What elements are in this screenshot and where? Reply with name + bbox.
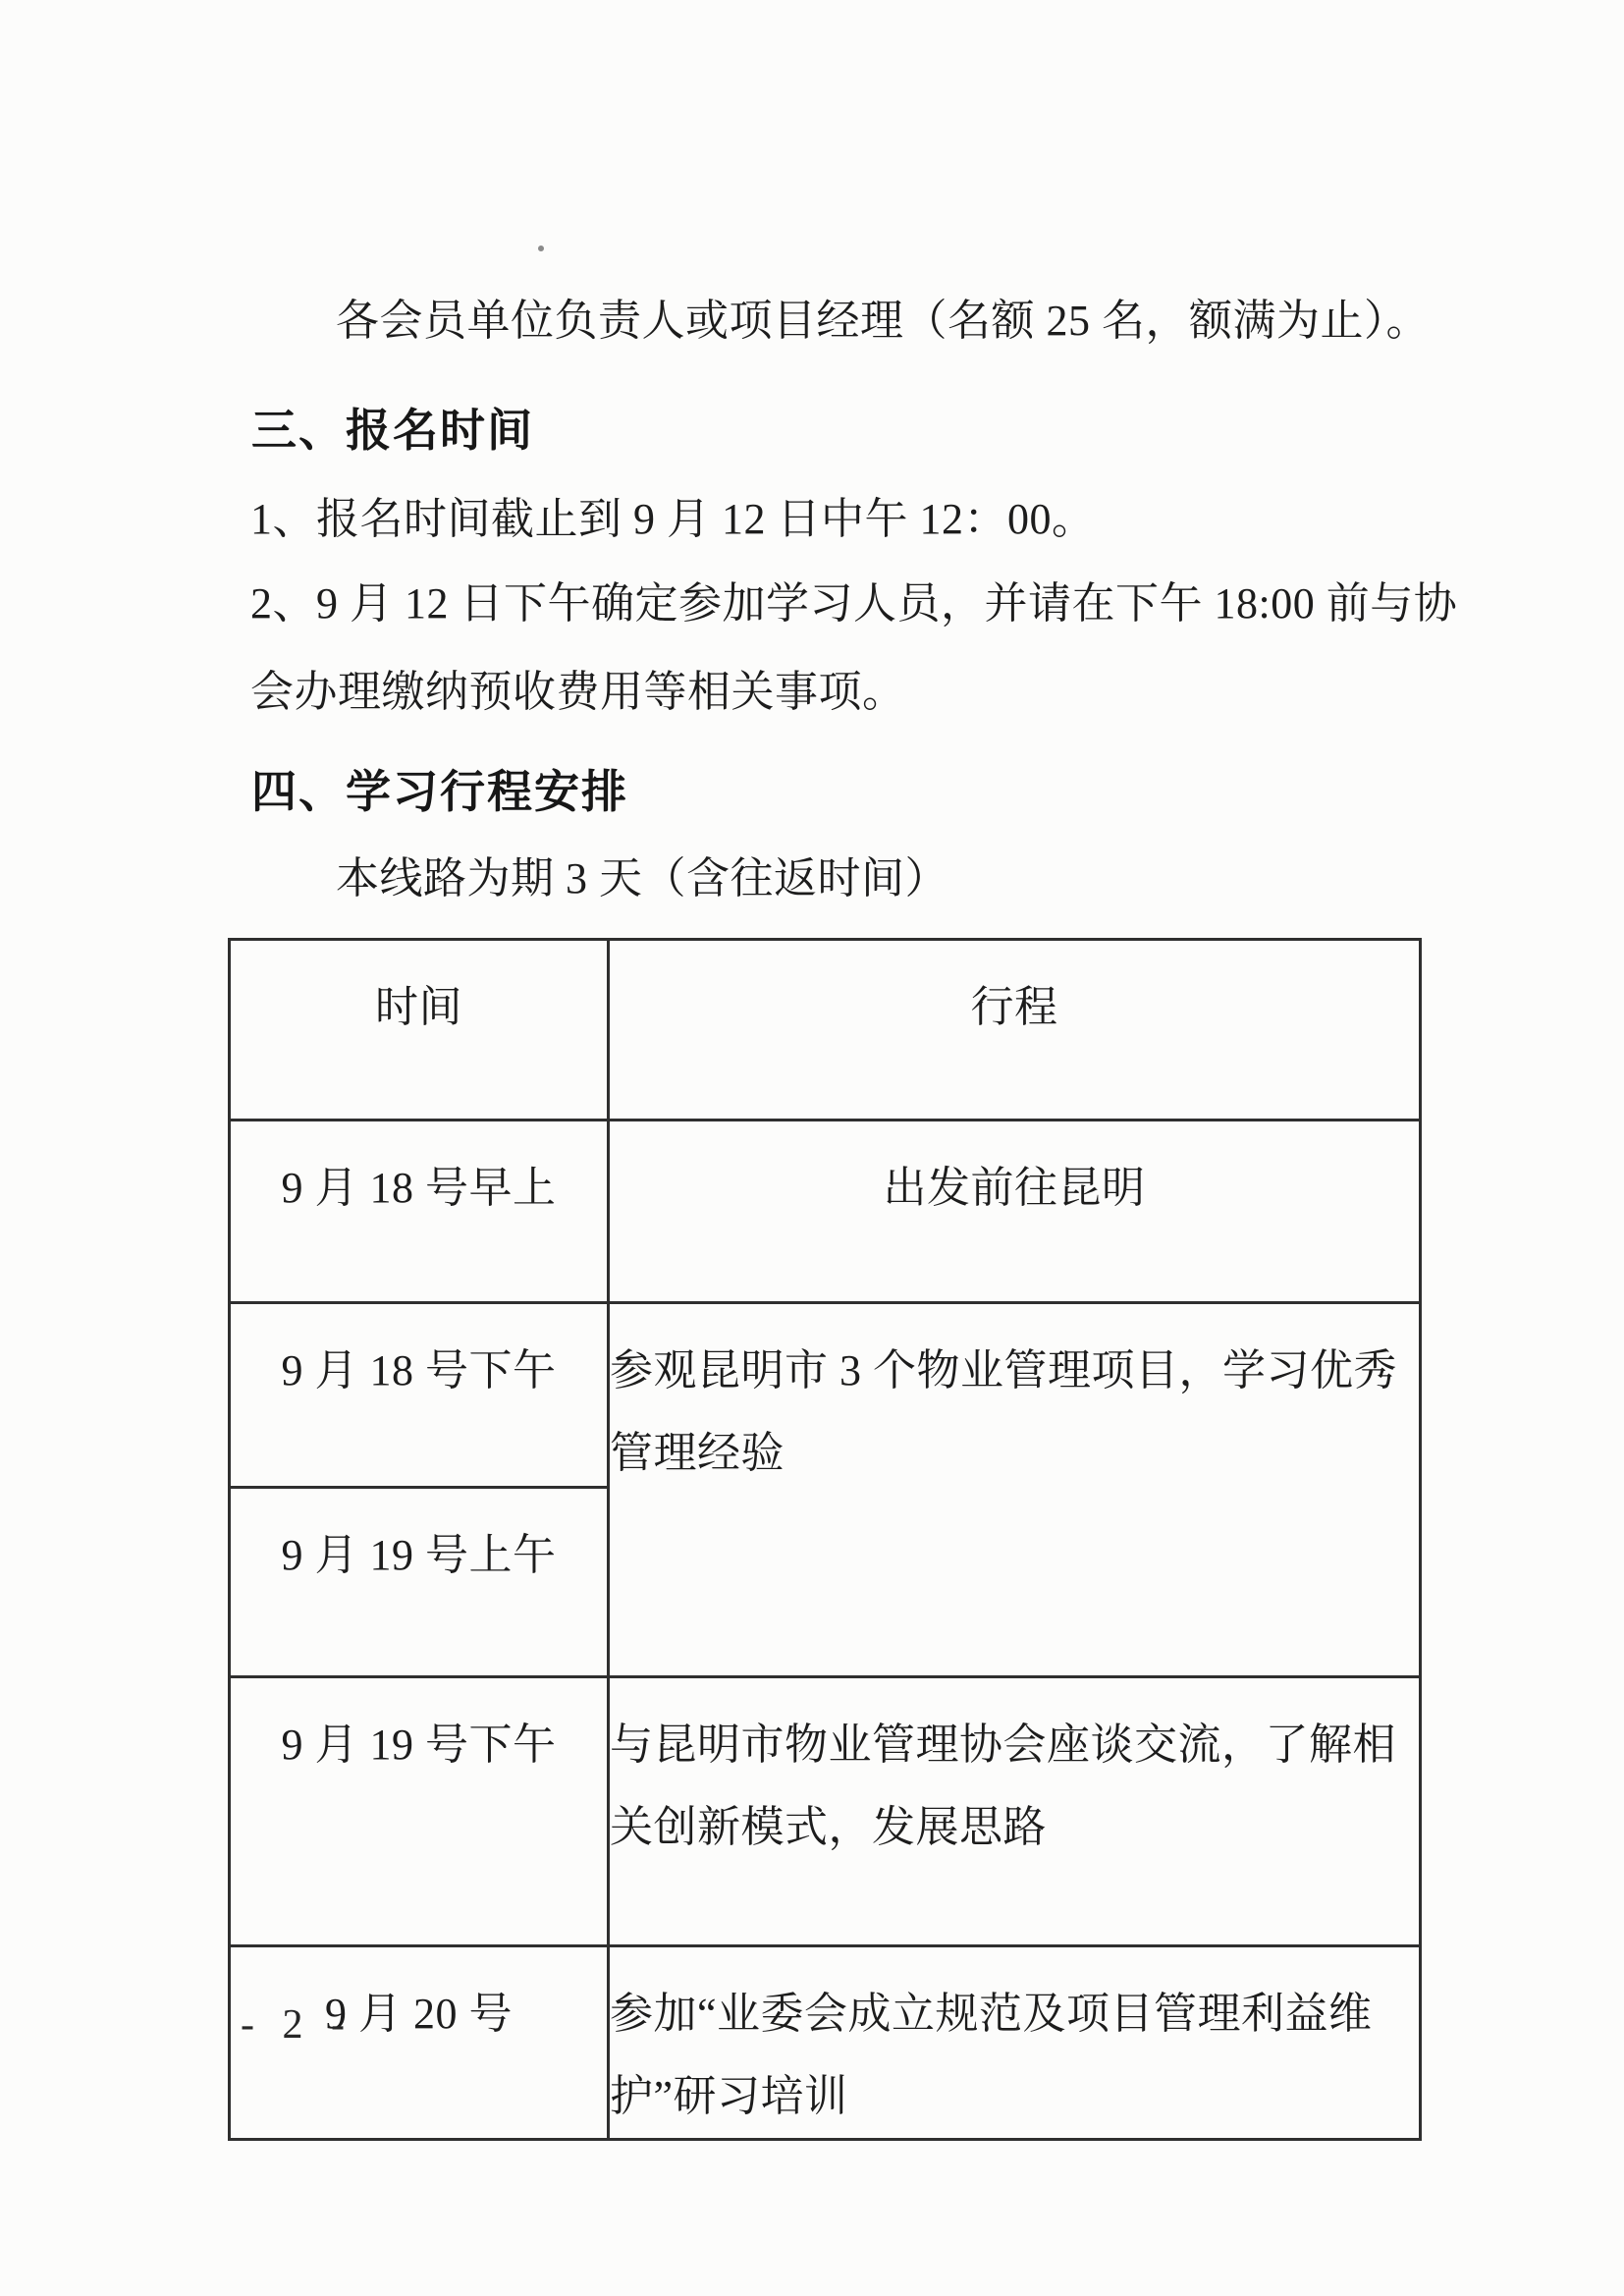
column-header-time: 时间 (230, 940, 609, 1121)
document-page: 各会员单位负责人或项目经理（名额 25 名，额满为止）。 三、报名时间 1、报名… (0, 0, 1624, 2296)
section3-item1: 1、报名时间截止到 9 月 12 日中午 12：00。 (250, 495, 1096, 545)
row4-trip-line1: 与昆明市物业管理协会座谈交流，了解相 (610, 1704, 1419, 1786)
eligibility-line: 各会员单位负责人或项目经理（名额 25 名，额满为止）。 (336, 297, 1430, 347)
row4-trip-line2: 关创新模式，发展思路 (610, 1786, 1419, 1869)
row5-trip-line2: 护”研习培训 (610, 2055, 1419, 2138)
section4-heading: 四、学习行程安排 (251, 766, 628, 818)
table-header-row: 时间 行程 (230, 940, 1421, 1121)
row2-time-cell: 9 月 18 号下午 (230, 1303, 609, 1488)
table-row: 9 月 19 号下午 与昆明市物业管理协会座谈交流，了解相 关创新模式，发展思路 (230, 1677, 1421, 1946)
row2-3-merged-trip-cell: 参观昆明市 3 个物业管理项目，学习优秀 管理经验 (609, 1303, 1421, 1677)
table-row: 9 月 18 号早上 出发前往昆明 (230, 1121, 1421, 1303)
row2-3-trip-line1: 参观昆明市 3 个物业管理项目，学习优秀 (610, 1330, 1419, 1412)
row5-trip-line1: 参加“业委会成立规范及项目管理利益维 (610, 1973, 1419, 2055)
section3-item2-line2: 会办理缴纳预收费用等相关事项。 (250, 668, 906, 718)
row1-time-cell: 9 月 18 号早上 (230, 1121, 609, 1303)
row3-time-cell: 9 月 19 号上午 (230, 1488, 609, 1677)
page-number: - 2 - (241, 2001, 353, 2049)
column-header-trip: 行程 (609, 940, 1421, 1121)
row2-3-trip-line2: 管理经验 (610, 1412, 1419, 1495)
scan-artifact-dot (538, 246, 544, 251)
section3-heading: 三、报名时间 (251, 405, 534, 457)
row4-time-cell: 9 月 19 号下午 (230, 1677, 609, 1946)
section4-intro: 本线路为期 3 天（含往返时间） (336, 854, 948, 904)
table-row: 9 月 20 号 参加“业委会成立规范及项目管理利益维 护”研习培训 (230, 1946, 1421, 2140)
section3-item2-line1: 2、9 月 12 日下午确定参加学习人员，并请在下午 18:00 前与协 (250, 579, 1457, 629)
row4-trip-cell: 与昆明市物业管理协会座谈交流，了解相 关创新模式，发展思路 (609, 1677, 1421, 1946)
row5-trip-cell: 参加“业委会成立规范及项目管理利益维 护”研习培训 (609, 1946, 1421, 2140)
itinerary-table: 时间 行程 9 月 18 号早上 出发前往昆明 9 月 18 号下午 参观昆明市… (228, 938, 1422, 2141)
row1-trip-cell: 出发前往昆明 (609, 1121, 1421, 1303)
table-row: 9 月 18 号下午 参观昆明市 3 个物业管理项目，学习优秀 管理经验 (230, 1303, 1421, 1488)
